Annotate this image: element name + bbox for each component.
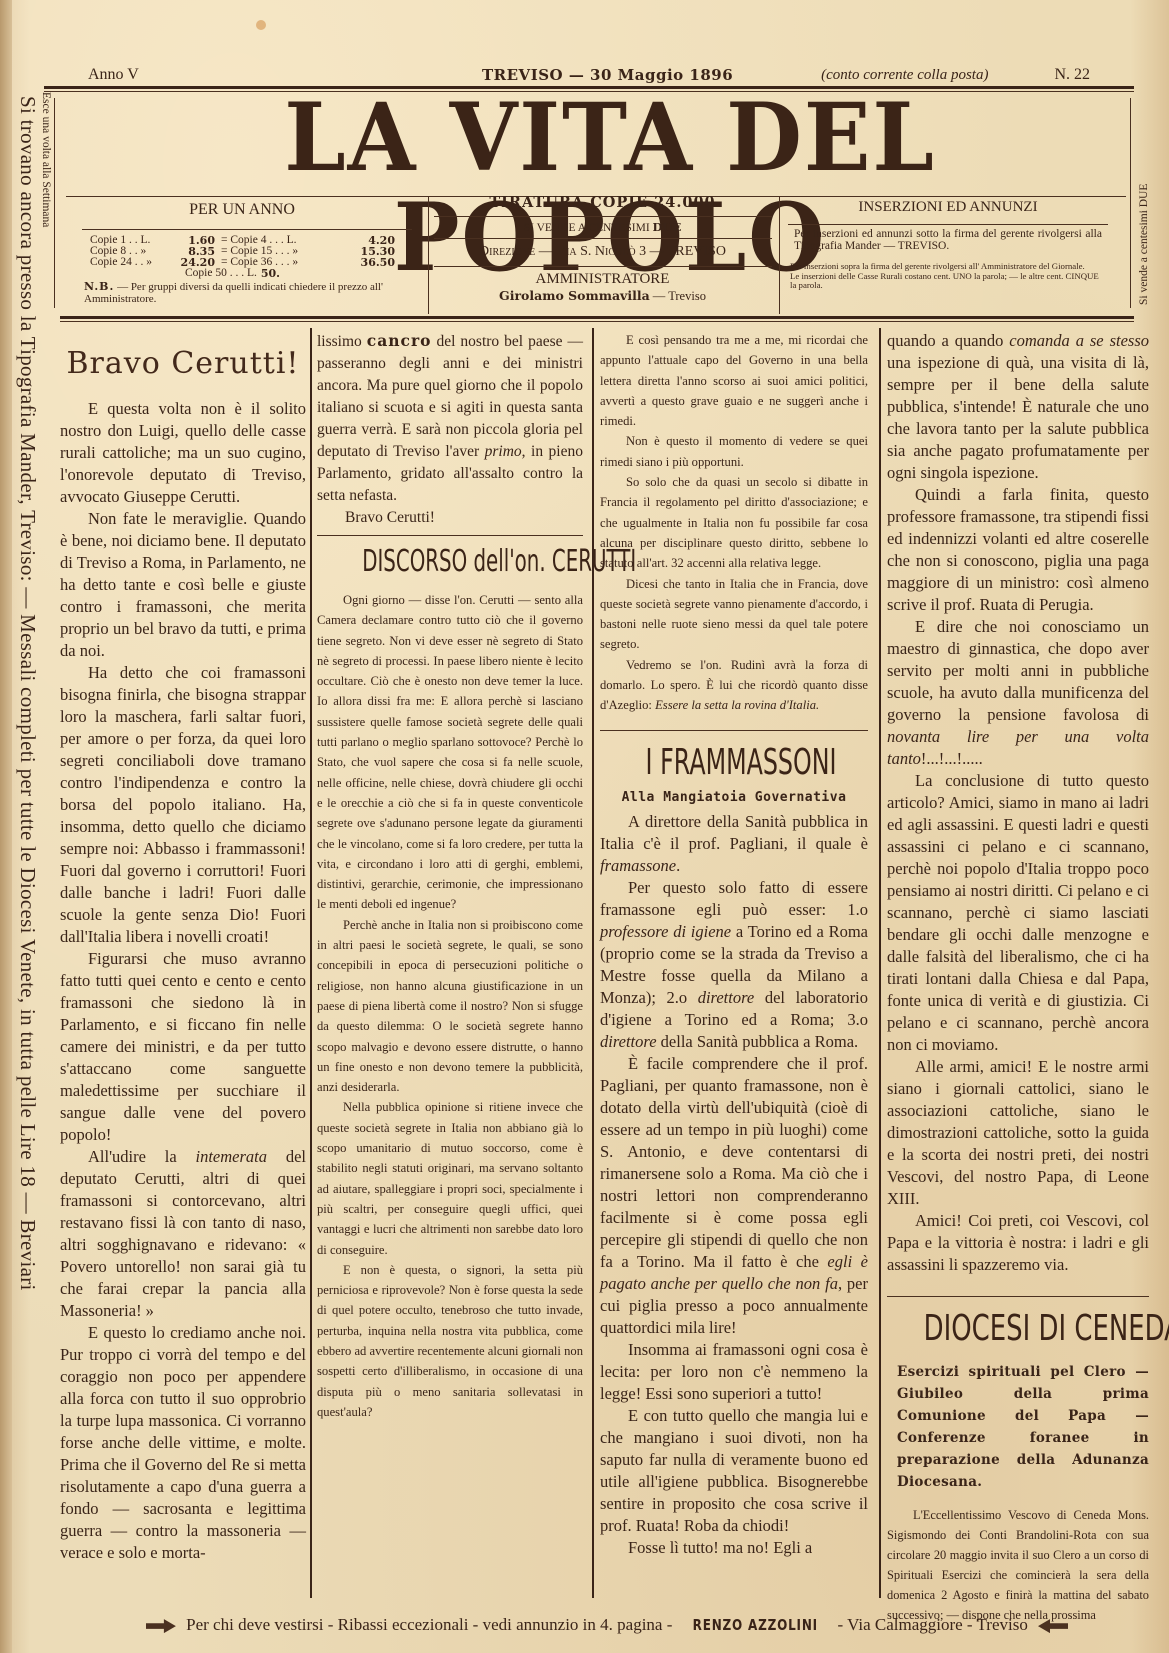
headline-frammassoni: I FRAMMASSONI [646, 739, 823, 787]
text-run: quando a quando [887, 331, 1009, 350]
price-row-label: Copie 50 . . . L. [185, 268, 257, 279]
article-paragraph: Ha detto che coi framassoni bisogna fini… [60, 662, 306, 948]
insertions-rule [788, 224, 1108, 225]
article-paragraph: È facile comprendere che il prof. Paglia… [600, 1053, 868, 1339]
binding-edge [0, 0, 12, 1653]
footer-advert-brand: RENZO AZZOLINI [692, 1612, 817, 1638]
info-divider-2 [779, 196, 780, 314]
article-paragraph: Alle armi, amici! E le nostre armi siano… [887, 1056, 1149, 1210]
text-run: una ispezione di quà, una visita di là, … [887, 353, 1149, 482]
text-run: della Sanità pubblica a Roma. [657, 1032, 859, 1051]
masthead-right-border [1130, 98, 1131, 308]
circulation-rule [434, 216, 772, 217]
section-rule [600, 730, 868, 731]
price-vertical-note: Si vende a centesimi DUE [1138, 90, 1150, 305]
footer-advert: Per chi deve vestirsi - Ribassi eccezion… [62, 1612, 1152, 1638]
subscription-heading: PER UN ANNO [62, 195, 422, 225]
headline-diocesi-ceneda: DIOCESI DI CENEDA [924, 1303, 1113, 1355]
article-paragraph: Figurarsi che muso avranno fatto tutti q… [60, 948, 306, 1146]
text-run: del deputato Cerutti, altri di quei fram… [60, 1147, 306, 1320]
article-paragraph: E questo lo crediamo anche noi. Pur trop… [60, 1322, 306, 1564]
column-4: quando a quando comanda a se stesso una … [887, 330, 1149, 1625]
footer-advert-address: - Via Calmaggiore - Treviso [837, 1615, 1027, 1634]
article-paragraph: L'Eccellentissimo Vescovo di Ceneda Mons… [887, 1505, 1149, 1625]
administrator-heading: AMMINISTRATORE [430, 266, 775, 288]
article-paragraph: Perchè anche in Italia non si proibiscon… [317, 915, 583, 1098]
masthead-rule-bottom-thin [60, 321, 1134, 322]
column-3: E così pensando tra me a me, mi ricordai… [600, 330, 868, 1559]
article-paragraph: E dire che noi conosciamo un maestro di … [887, 616, 1149, 770]
administrator-city: — Treviso [653, 289, 706, 303]
text-run: A direttore della Sanità pubblica in Ita… [600, 812, 868, 853]
text-run: lissimo [317, 333, 362, 350]
emphasis: professore di igiene [600, 922, 731, 941]
circulation-box: TIRATURA COPIE 24.000 SI VENDE A CENTESI… [430, 190, 775, 315]
info-divider-1 [428, 196, 429, 314]
article-paragraph: Insomma ai framassoni ogni cosa è lecita… [600, 1339, 868, 1405]
column-divider-3 [879, 328, 881, 1598]
column-divider-1 [310, 328, 312, 1598]
headline-discorso: DISCORSO dell'on. CERUTTI [362, 542, 538, 582]
article-paragraph: lissimo cancro del nostro bel paese — pa… [317, 330, 583, 507]
article-paragraph: La conclusione di tutto questo articolo?… [887, 770, 1149, 1056]
bold-word: cancro [367, 331, 432, 350]
article-paragraph: Non è questo il momento di vedere se que… [600, 431, 868, 472]
masthead-left-border [54, 98, 55, 308]
article-paragraph: Fosse lì tutto! ma no! Egli a [600, 1537, 868, 1559]
emphasis: framassone [600, 856, 676, 875]
pointing-hand-icon [1038, 1619, 1068, 1633]
article-paragraph: A direttore della Sanità pubblica in Ita… [600, 811, 868, 877]
text-run: È facile comprendere che il prof. Paglia… [600, 1054, 868, 1271]
headline-bravo-cerutti: Bravo Cerutti! [60, 344, 306, 384]
administrator-person: Girolamo Sommavilla [499, 288, 650, 303]
price-row-left-label: Copie 24 . . » [90, 257, 160, 268]
newspaper-title: LA VITA DEL POPOLO [192, 88, 1029, 188]
text-run: Per questo solo fatto di essere framasso… [600, 878, 868, 919]
issue-number: N. 22 [1054, 66, 1090, 84]
article-paragraph: E non è questa, o signori, la setta più … [317, 1260, 583, 1422]
price-row-value: 50. [257, 268, 280, 279]
column-divider-2 [592, 328, 594, 1598]
insertions-text-2: Per inserzioni sopra la firma del gerent… [782, 252, 1114, 291]
text-run: E dire che noi conosciamo un maestro di … [887, 617, 1149, 724]
article-paragraph: Ogni giorno — disse l'on. Cerutti — sent… [317, 590, 583, 915]
price-row-right-value: 36.50 [345, 257, 395, 268]
column-2: lissimo cancro del nostro bel paese — pa… [317, 330, 583, 1422]
subscription-box: PER UN ANNO Copie 1 . . L. 1.60 = Copie … [62, 195, 422, 315]
postal-note: (conto corrente colla posta) [821, 67, 988, 84]
sale-price: SI VENDE A CENTESIMI DUE [430, 216, 775, 238]
article-paragraph: E così pensando tra me a me, mi ricordai… [600, 330, 868, 431]
article-paragraph: Amici! Coi preti, coi Vescovi, col Papa … [887, 1210, 1149, 1276]
column-1: Bravo Cerutti! E questa volta non è il s… [60, 330, 306, 1564]
article-paragraph: quando a quando comanda a se stesso una … [887, 330, 1149, 484]
nb-label: N.B. [84, 280, 114, 293]
article-paragraph: Per questo solo fatto di essere framasso… [600, 877, 868, 1053]
masthead-rule-bottom [60, 316, 1134, 319]
sale-price-amount: DUE [653, 220, 682, 234]
insertions-box: INSERZIONI ED ANNUNZI Per inserzioni ed … [782, 190, 1114, 315]
ceneda-body: L'Eccellentissimo Vescovo di Ceneda Mons… [887, 1505, 1149, 1625]
emphasis: comanda a se stesso [1009, 331, 1149, 350]
text-run: del nostro bel paese — passeranno degli … [317, 333, 583, 460]
nb-text: — Per gruppi diversi da quelli indicati … [84, 281, 383, 305]
article-paragraph: E con tutto quello che mangia lui e che … [600, 1405, 868, 1537]
administrator-name: Girolamo Sommavilla — Treviso [430, 288, 775, 304]
ceneda-kicker: Esercizi spirituali pel Clero — Giubileo… [887, 1361, 1149, 1493]
section-rule [887, 1296, 1149, 1297]
volume-year: Anno V [88, 66, 308, 84]
emphasis: primo [485, 443, 522, 460]
text-run: All'udire la [88, 1147, 196, 1166]
price-table: Copie 1 . . L. 1.60 = Copie 4 . . . L. 4… [90, 235, 420, 279]
article-paragraph: Nella pubblica opinione si ritiene invec… [317, 1097, 583, 1259]
price-row-last: Copie 50 . . . L. 50. [90, 268, 420, 279]
margin-advert: Si trovano ancora presso la Tipografia M… [15, 96, 40, 1616]
discorso-body: Ogni giorno — disse l'on. Cerutti — sent… [317, 590, 583, 1422]
insertions-heading: INSERZIONI ED ANNUNZI [782, 190, 1114, 224]
insertions-text-2b: Le inserzioni delle Casse Rurali costano… [790, 272, 1102, 291]
circulation: TIRATURA COPIE 24.000 [430, 190, 775, 216]
discorso-body-continued: E così pensando tra me a me, mi ricordai… [600, 330, 868, 716]
subscription-note: N.B. — Per gruppi diversi da quelli indi… [84, 281, 414, 305]
paper-stain [256, 20, 266, 30]
article-paragraph: Vedremo se l'on. Rudinì avrà la forza di… [600, 655, 868, 716]
pointing-hand-icon [146, 1619, 176, 1633]
article-paragraph: All'udire la intemerata del deputato Cer… [60, 1146, 306, 1322]
newspaper-page: Anno V TREVISO — 30 Maggio 1896 (conto c… [0, 0, 1169, 1653]
circulation-rule-2 [434, 238, 772, 239]
signoff: Bravo Cerutti! [317, 507, 583, 529]
editorial-address: Direzione — Via S. Nicolò 3 — TREVISO [430, 238, 775, 266]
circulation-rule-3 [434, 266, 772, 267]
emphasis: direttore [600, 1032, 657, 1051]
article-paragraph: Dicesi che tanto in Italia che in Franci… [600, 574, 868, 655]
section-rule [317, 535, 583, 536]
frammassoni-kicker: Alla Mangiatoia Governativa [600, 787, 868, 809]
insertions-text-1: Per inserzioni ed annunzi sotto la firma… [782, 224, 1114, 252]
article-paragraph: Quindi a farla finita, questo professore… [887, 484, 1149, 616]
article-paragraph: E questa volta non è il solito nostro do… [60, 398, 306, 508]
emphasis: intemerata [196, 1147, 268, 1166]
dateline: TREVISO — 30 Maggio 1896 [482, 66, 733, 84]
subscription-rule [82, 229, 412, 230]
footer-advert-text: Per chi deve vestirsi - Ribassi eccezion… [186, 1615, 672, 1634]
masthead-meta: Anno V TREVISO — 30 Maggio 1896 (conto c… [88, 58, 1120, 84]
article-paragraph: Non fate le meraviglie. Quando è bene, n… [60, 508, 306, 662]
emphasis: Essere la setta la rovina d'Italia. [655, 698, 819, 712]
emphasis: direttore [698, 988, 755, 1007]
article-paragraph: So solo che da quasi un secolo si dibatt… [600, 472, 868, 573]
text-run: !...!...!..... [921, 749, 983, 768]
sale-price-text: SI VENDE A CENTESIMI [524, 222, 650, 234]
weekly-note: Esce una volta alla Settimana [40, 92, 52, 302]
